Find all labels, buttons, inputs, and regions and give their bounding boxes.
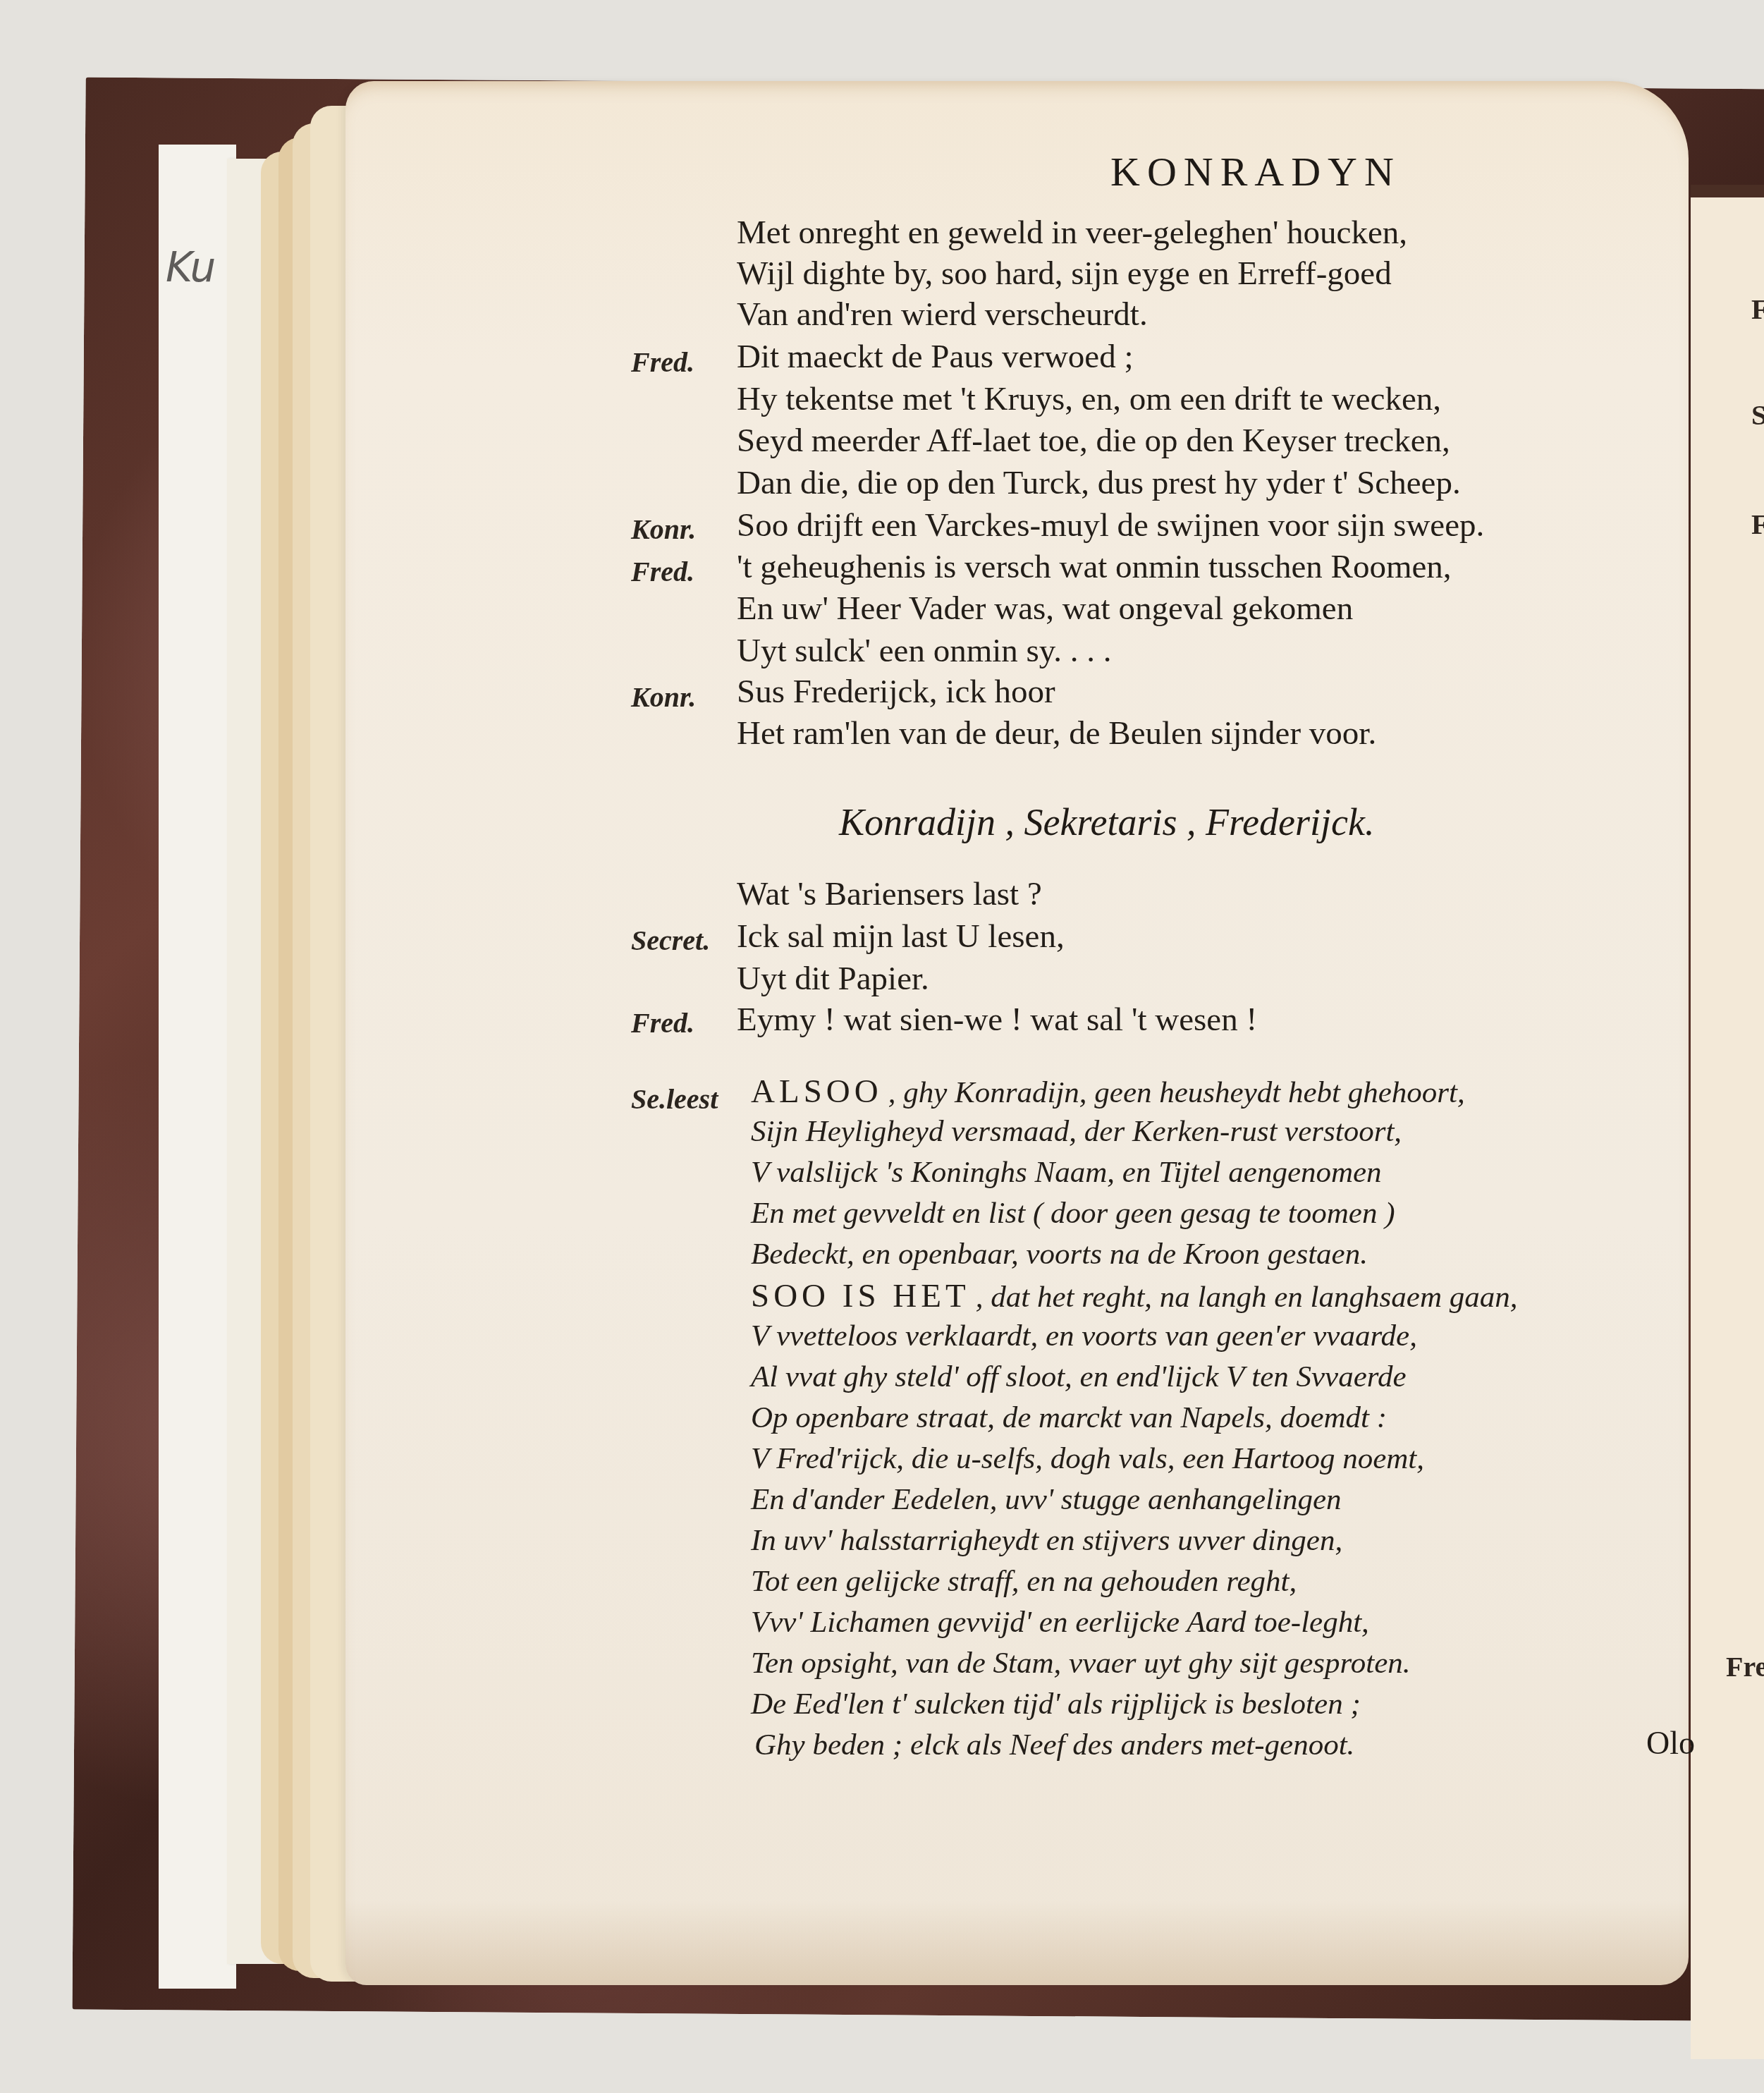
facing-page-speaker: Fre <box>1726 1650 1764 1683</box>
verse-line: En uw' Heer Vader was, wat ongeval gekom… <box>737 592 1353 626</box>
facing-page-fragment: F S F Fre <box>1691 185 1764 2059</box>
speaker-label: Fred. <box>631 346 694 379</box>
edict-capitals: ALSOO <box>751 1073 883 1110</box>
edict-line: SOO IS HET, dat het reght, na langh en l… <box>751 1280 1517 1313</box>
edict-text: V vvetteloos verklaardt, en voorts van g… <box>751 1319 1417 1353</box>
edict-capitals: SOO IS HET <box>751 1278 970 1314</box>
edict-text: Al vvat ghy steld' off sloot, en end'lij… <box>751 1360 1406 1393</box>
edict-text: Ten opsight, van de Stam, vvaer uyt ghy … <box>751 1647 1411 1680</box>
edict-text: Vvv' Lichamen gevvijd' en eerlijcke Aard… <box>751 1606 1369 1639</box>
edict-line: In uvv' halsstarrigheydt en stijvers uvv… <box>751 1525 1342 1556</box>
edict-line: Al vvat ghy steld' off sloot, en end'lij… <box>751 1362 1406 1392</box>
edict-text: Bedeckt, en openbaar, voorts na de Kroon… <box>751 1238 1368 1271</box>
speaker-label: Fred. <box>631 1006 694 1039</box>
running-head: KONRADYN <box>1110 148 1401 195</box>
edict-line: Sijn Heyligheyd versmaad, der Kerken-rus… <box>751 1116 1402 1147</box>
edict-line: En met gevveldt en list ( door geen gesa… <box>751 1198 1395 1228</box>
facing-page-letter: S <box>1751 398 1764 432</box>
verse-line: Uyt dit Papier. <box>737 963 929 996</box>
edict-text: In uvv' halsstarrigheydt en stijvers uvv… <box>751 1524 1342 1557</box>
edict-text: , ghy Konradijn, geen heusheydt hebt ghe… <box>888 1076 1465 1109</box>
facing-page-letter: F <box>1751 508 1764 541</box>
edict-text: Ghy beden ; elck als Neef des anders met… <box>754 1728 1354 1762</box>
verse-line: Eymy ! wat sien-we ! wat sal 't wesen ! <box>737 1003 1257 1037</box>
endpaper <box>159 145 236 1989</box>
verse-line: Wijl dighte by, soo hard, sijn eyge en E… <box>737 257 1392 291</box>
verse-line: Dit maeckt de Paus verwoed ; <box>737 341 1134 374</box>
edict-line: De Eed'len t' sulcken tijd' als rijplijc… <box>751 1689 1361 1719</box>
speaker-label: Fred. <box>631 555 694 588</box>
edict-line: Tot een gelijcke straff, en na gehouden … <box>751 1566 1297 1597</box>
verse-line: Dan die, die op den Turck, dus prest hy … <box>737 467 1461 500</box>
edict-line: Op openbare straat, de marckt van Napels… <box>751 1403 1387 1433</box>
pencil-annotation: Ku <box>166 243 214 291</box>
page-stain <box>345 1900 1689 1985</box>
speaker-label: Secret. <box>631 924 710 957</box>
edict-line: Vvv' Lichamen gevvijd' en eerlijcke Aard… <box>751 1607 1369 1637</box>
speaker-label: Konr. <box>631 513 696 546</box>
verse-line: Wat 's Bariensers last ? <box>737 878 1042 911</box>
catchword: Olo <box>1646 1724 1695 1762</box>
edict-line: En d'ander Eedelen, uvv' stugge aenhange… <box>751 1484 1342 1515</box>
edict-line: V Fred'rijck, die u-selfs, dogh vals, ee… <box>751 1444 1424 1474</box>
edict-text: En d'ander Eedelen, uvv' stugge aenhange… <box>751 1483 1342 1516</box>
speaker-label: Konr. <box>631 681 696 714</box>
edict-line: V vvetteloos verklaardt, en voorts van g… <box>751 1321 1417 1351</box>
edict-line: V valslijck 's Koninghs Naam, en Tijtel … <box>751 1157 1382 1188</box>
edict-line: ALSOO, ghy Konradijn, geen heusheydt heb… <box>751 1075 1465 1109</box>
edict-line: Bedeckt, en openbaar, voorts na de Kroon… <box>751 1239 1368 1269</box>
verse-line: Uyt sulck' een onmin sy. . . . <box>737 635 1112 668</box>
edict-text: Op openbare straat, de marckt van Napels… <box>751 1401 1387 1434</box>
scene-heading: Konradijn , Sekretaris , Frederijck. <box>839 800 1374 844</box>
verse-line: Soo drijft een Varckes-muyl de swijnen v… <box>737 509 1484 542</box>
speaker-label: Se.leest <box>631 1082 718 1116</box>
verse-line: Ick sal mijn last U lesen, <box>737 920 1065 953</box>
verse-line: Sus Frederijck, ick hoor <box>737 676 1055 709</box>
verse-line: Hy tekentse met 't Kruys, en, om een dri… <box>737 383 1441 416</box>
facing-page-letter: F <box>1751 293 1764 326</box>
verse-line: 't geheughenis is versch wat onmin tussc… <box>737 551 1452 584</box>
edict-text: , dat het reght, na langh en langhsaem g… <box>976 1281 1518 1314</box>
edict-text: V Fred'rijck, die u-selfs, dogh vals, ee… <box>751 1442 1424 1475</box>
edict-text: Tot een gelijcke straff, en na gehouden … <box>751 1565 1297 1598</box>
edict-line: Ten opsight, van de Stam, vvaer uyt ghy … <box>751 1648 1411 1678</box>
edict-text: Sijn Heyligheyd versmaad, der Kerken-rus… <box>751 1115 1402 1148</box>
verse-line: Van and'ren wierd verscheurdt. <box>737 298 1148 331</box>
edict-line: Ghy beden ; elck als Neef des anders met… <box>754 1730 1354 1760</box>
verse-line: Seyd meerder Aff-laet toe, die op den Ke… <box>737 425 1450 458</box>
edict-text: De Eed'len t' sulcken tijd' als rijplijc… <box>751 1688 1361 1721</box>
edict-text: En met gevveldt en list ( door geen gesa… <box>751 1197 1395 1230</box>
edict-text: V valslijck 's Koninghs Naam, en Tijtel … <box>751 1156 1382 1189</box>
verse-line: Met onreght en geweld in veer-geleghen' … <box>737 216 1407 250</box>
book-page: KONRADYN Met onreght en geweld in veer-g… <box>345 81 1689 1985</box>
verse-line: Het ram'len van de deur, de Beulen sijnd… <box>737 717 1376 750</box>
